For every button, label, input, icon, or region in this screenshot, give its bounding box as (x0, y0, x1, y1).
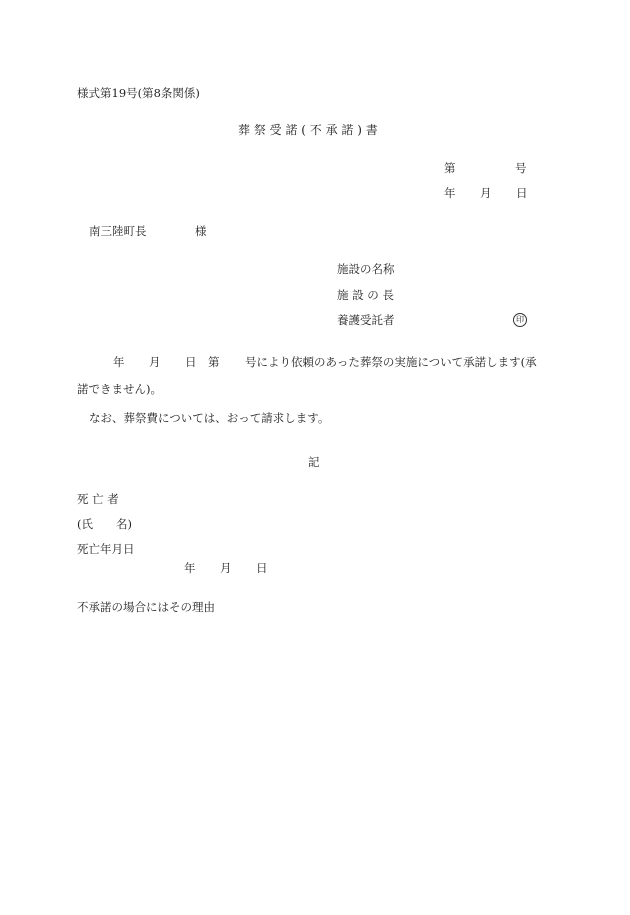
body-line3: なお、葬祭費については、おって請求します。 (89, 411, 329, 425)
body-line2: 諾できません)。 (77, 382, 162, 396)
body-line1: 号により依頼のあった葬祭の実施について承諾します(承 (245, 355, 537, 369)
body-year: 年 (113, 355, 125, 369)
ki-heading: 記 (308, 455, 320, 469)
death-date-day: 日 (256, 561, 268, 575)
facility-head-label: 施 設 の 長 (337, 288, 394, 302)
deceased-label: 死 亡 者 (77, 492, 119, 506)
facility-name-label: 施設の名称 (337, 262, 395, 276)
name-label: (氏 名) (77, 517, 132, 531)
body-day: 日 (185, 355, 197, 369)
document-title: 葬 祭 受 諾 ( 不 承 諾 ) 書 (238, 123, 378, 137)
body-dai: 第 (208, 355, 220, 369)
form-number: 様式第19号(第8条関係) (77, 86, 200, 100)
date-year: 年 (444, 186, 456, 200)
body-month: 月 (149, 355, 161, 369)
seal-icon: 印 (513, 313, 527, 327)
death-date-label: 死亡年月日 (77, 542, 135, 556)
refusal-reason-label: 不承諾の場合にはその理由 (77, 600, 215, 614)
date-day: 日 (516, 186, 528, 200)
date-month: 月 (480, 186, 492, 200)
death-date-month: 月 (220, 561, 232, 575)
caretaker-label: 養護受託者 (337, 313, 395, 327)
ref-go: 号 (515, 161, 527, 175)
ref-dai: 第 (444, 161, 456, 175)
addressee-honorific: 様 (195, 224, 207, 238)
death-date-year: 年 (184, 561, 196, 575)
addressee-name: 南三陸町長 (89, 224, 147, 238)
